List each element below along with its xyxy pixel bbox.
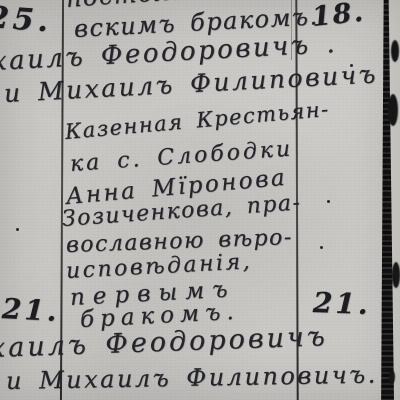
ink-smudge <box>389 370 395 384</box>
ink-smudge <box>392 262 400 288</box>
ink-dot <box>350 64 353 67</box>
handwritten-line-14: и Михаилъ Филиповичъ. <box>6 363 378 395</box>
ink-dot <box>320 246 323 249</box>
scanned-register-page: 25. 18. 21. 21. постоянно, пер- вскимъ б… <box>0 0 400 400</box>
ink-dot <box>327 200 330 203</box>
ink-smudge <box>388 94 398 126</box>
handwritten-line-13: хаилъ Феодоровичъ <box>0 323 328 363</box>
ink-dot <box>16 228 19 231</box>
ink-smudge <box>391 40 399 62</box>
entry-number-top-left: 25. <box>0 0 53 39</box>
entry-number-bottom-right: 21. <box>312 286 371 321</box>
entry-number-bottom-left: 21. <box>1 292 60 328</box>
